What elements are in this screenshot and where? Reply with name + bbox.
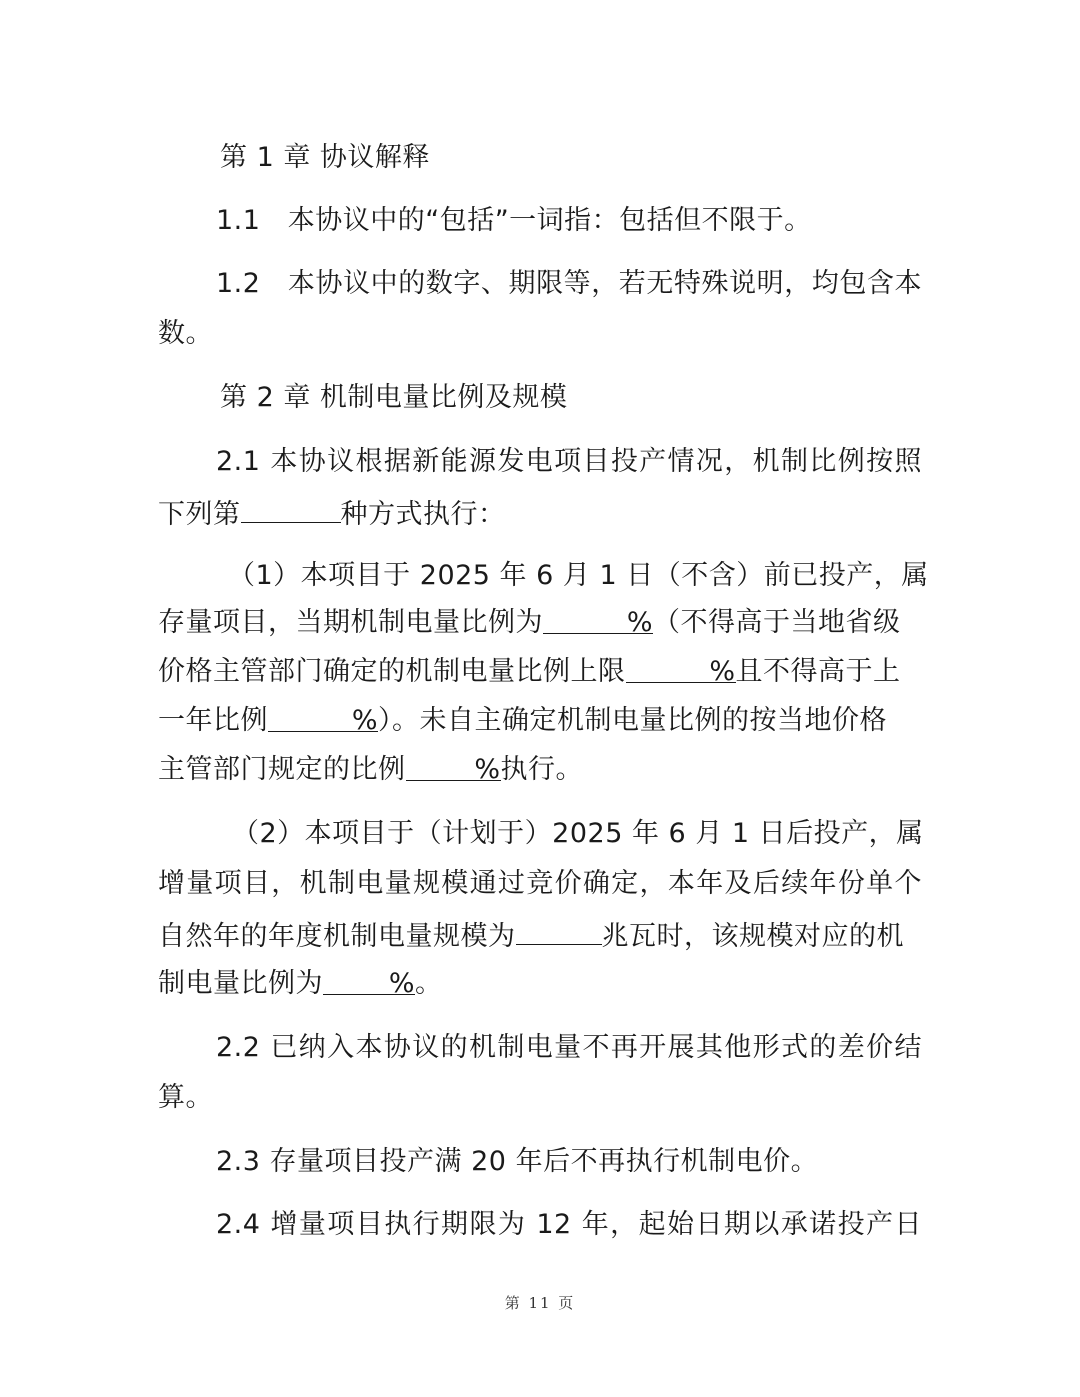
text: ）。未自主确定机制电量比例的按当地价格: [378, 705, 887, 736]
clause-text: 本协议中的数字、期限等，若无特殊说明，均包含本: [288, 268, 922, 299]
clause-number: 2.1: [216, 446, 260, 477]
clause-number: 2.2: [216, 1032, 260, 1063]
option-2-line-4: 制电量比例为%。: [158, 966, 922, 1002]
page-number: 第 11 页: [0, 1292, 1080, 1313]
fill-in-blank-method[interactable]: [241, 494, 341, 523]
clause-2-1-line-1: 2.1 本协议根据新能源发电项目投产情况，机制比例按照: [216, 444, 922, 480]
clause-number: 2.3: [216, 1146, 260, 1177]
clause-number: 1.2: [216, 268, 260, 299]
text: 存量项目，当期机制电量比例为: [158, 607, 543, 638]
text: 主管部门规定的比例: [158, 754, 406, 785]
fill-in-blank-default-ratio[interactable]: %: [406, 752, 501, 781]
clause-number: 1.1: [216, 205, 260, 236]
percent-sign: %: [352, 705, 378, 736]
clause-1-2-line-2: 数。: [158, 316, 922, 352]
fill-in-blank-last-year[interactable]: %: [268, 703, 378, 732]
percent-sign: %: [709, 656, 735, 687]
document-page: 第 1 章 协议解释 1.1 本协议中的“包括”一词指：包括但不限于。 1.2 …: [0, 0, 1080, 1397]
clause-text: 本协议根据新能源发电项目投产情况，机制比例按照: [270, 446, 922, 477]
text: 种方式执行：: [341, 499, 506, 530]
option-1-line-5: 主管部门规定的比例%执行。: [158, 752, 922, 788]
option-2-line-2: 增量项目，机制电量规模通过竞价确定，本年及后续年份单个: [158, 866, 922, 902]
text: 执行。: [501, 754, 584, 785]
clause-text: 存量项目投产满 20 年后不再执行机制电价。: [270, 1146, 819, 1177]
percent-sign: %: [474, 754, 500, 785]
clause-2-2-line-2: 算。: [158, 1080, 922, 1116]
option-1-line-1: （1）本项目于 2025 年 6 月 1 日（不含）前已投产，属: [228, 558, 922, 594]
option-2-line-1: （2）本项目于（计划于）2025 年 6 月 1 日后投产，属: [232, 816, 922, 852]
text: 价格主管部门确定的机制电量比例上限: [158, 656, 626, 687]
fill-in-blank-scale-ratio[interactable]: %: [323, 966, 415, 995]
chapter-2-heading: 第 2 章 机制电量比例及规模: [220, 380, 984, 416]
clause-2-3: 2.3 存量项目投产满 20 年后不再执行机制电价。: [216, 1144, 980, 1180]
text: 兆瓦时，该规模对应的机: [602, 921, 905, 952]
fill-in-blank-upper-limit[interactable]: %: [626, 654, 736, 683]
fill-in-blank-ratio[interactable]: %: [543, 605, 653, 634]
clause-1-1: 1.1 本协议中的“包括”一词指：包括但不限于。: [216, 203, 980, 239]
clause-1-2-line-1: 1.2 本协议中的数字、期限等，若无特殊说明，均包含本: [216, 266, 922, 302]
percent-sign: %: [389, 968, 415, 999]
text: 一年比例: [158, 705, 268, 736]
text: 下列第: [158, 499, 241, 530]
text: （不得高于当地省级: [653, 607, 901, 638]
option-2-line-3: 自然年的年度机制电量规模为兆瓦时，该规模对应的机: [158, 916, 922, 955]
clause-text: 本协议中的“包括”一词指：包括但不限于。: [288, 205, 812, 236]
clause-number: 2.4: [216, 1209, 260, 1240]
option-1-line-2: 存量项目，当期机制电量比例为%（不得高于当地省级: [158, 605, 922, 641]
clause-2-1-line-2: 下列第种方式执行：: [158, 494, 922, 533]
text: 制电量比例为: [158, 968, 323, 999]
clause-2-2-line-1: 2.2 已纳入本协议的机制电量不再开展其他形式的差价结: [216, 1030, 922, 1066]
text: 。: [415, 968, 443, 999]
text: 自然年的年度机制电量规模为: [158, 921, 516, 952]
fill-in-blank-scale-mwh[interactable]: [516, 916, 602, 945]
option-1-line-3: 价格主管部门确定的机制电量比例上限%且不得高于上: [158, 654, 922, 690]
chapter-1-heading: 第 1 章 协议解释: [220, 140, 984, 176]
percent-sign: %: [627, 607, 653, 638]
clause-text: 增量项目执行期限为 12 年，起始日期以承诺投产日: [270, 1209, 922, 1240]
text: 且不得高于上: [736, 656, 901, 687]
clause-2-4-line-1: 2.4 增量项目执行期限为 12 年，起始日期以承诺投产日: [216, 1207, 922, 1243]
option-1-line-4: 一年比例%）。未自主确定机制电量比例的按当地价格: [158, 703, 922, 739]
clause-text: 已纳入本协议的机制电量不再开展其他形式的差价结: [270, 1032, 922, 1063]
